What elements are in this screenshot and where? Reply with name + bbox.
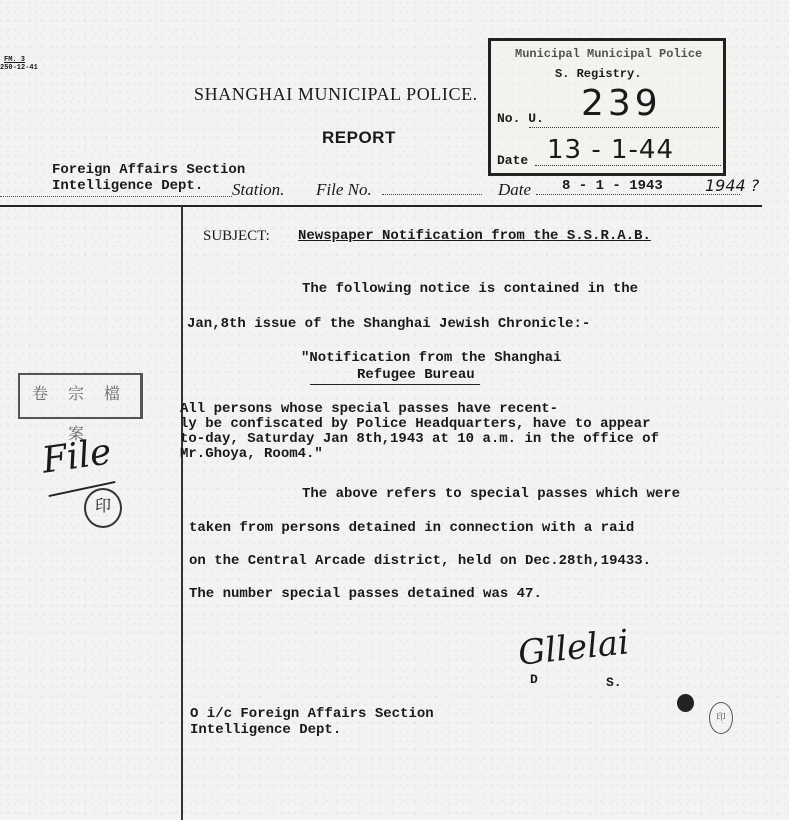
subject-text: Newspaper Notification from the S.S.R.A.… [298,228,651,244]
notice-title-line-1: "Notification from the Shanghai [301,350,561,366]
date-label: Date [498,180,531,200]
margin-stamp: 卷 宗 檔 案 [18,373,143,419]
section-line-2: Intelligence Dept. [52,178,245,194]
small-seal-icon: 印 [709,702,733,734]
notice-body-text: All persons whose special passes have re… [180,401,659,462]
station-label: Station. [232,180,284,200]
stamp-police-name: Municipal Municipal Police [515,47,702,61]
stamp-date-value: 13 - 1-44 [547,135,674,165]
subject-label: SUBJECT: [203,228,270,245]
paragraph-3-line-2: taken from persons detained in connectio… [189,520,634,536]
file-no-field [382,194,482,195]
registry-stamp: Municipal Municipal Police S. Registry. … [488,38,726,176]
paragraph-1-line-1: The following notice is contained in the [302,281,638,297]
file-no-label: File No. [316,180,372,200]
stamp-date-label: Date [497,153,528,168]
stamp-date-line [535,165,721,166]
stamp-number-value: 239 [581,83,662,124]
stamp-number-line [529,127,719,128]
stamp-number-label: No. U. [497,111,544,126]
section-name: Foreign Affairs Section Intelligence Dep… [52,162,245,194]
addressee: O i/c Foreign Affairs Section Intelligen… [190,706,434,738]
ink-dot [677,694,694,712]
date-correction-handwritten: 1944 ? [705,176,759,195]
form-print-code: 250-12-41 [0,64,38,72]
stamp-registry: S. Registry. [555,67,641,81]
header-divider [0,205,762,207]
signature: Gllelai [516,622,631,673]
notice-body: All persons whose special passes have re… [180,402,659,462]
form-code: FM. 3 250-12-41 [0,56,38,72]
date-value: 8 - 1 - 1943 [562,178,663,194]
notice-title-underline [310,384,480,385]
section-dotted-line [0,196,232,197]
paragraph-3-line-3: on the Central Arcade district, held on … [189,553,651,569]
organization-title: SHANGHAI MUNICIPAL POLICE. [194,84,478,105]
form-number: FM. 3 [0,56,38,64]
rank-d: D [530,672,538,687]
rank-s: S. [606,675,622,690]
document-type: REPORT [322,128,396,148]
margin-divider [181,206,183,820]
notice-title-line-2: Refugee Bureau [357,367,475,383]
chop-seal-icon: 印 [84,488,122,528]
paragraph-3-line-4: The number special passes detained was 4… [189,586,542,602]
section-line-1: Foreign Affairs Section [52,162,245,178]
file-annotation-handwritten: File [39,431,113,481]
paragraph-3-line-1: The above refers to special passes which… [302,486,680,502]
paragraph-1-line-2: Jan,8th issue of the Shanghai Jewish Chr… [187,316,590,332]
